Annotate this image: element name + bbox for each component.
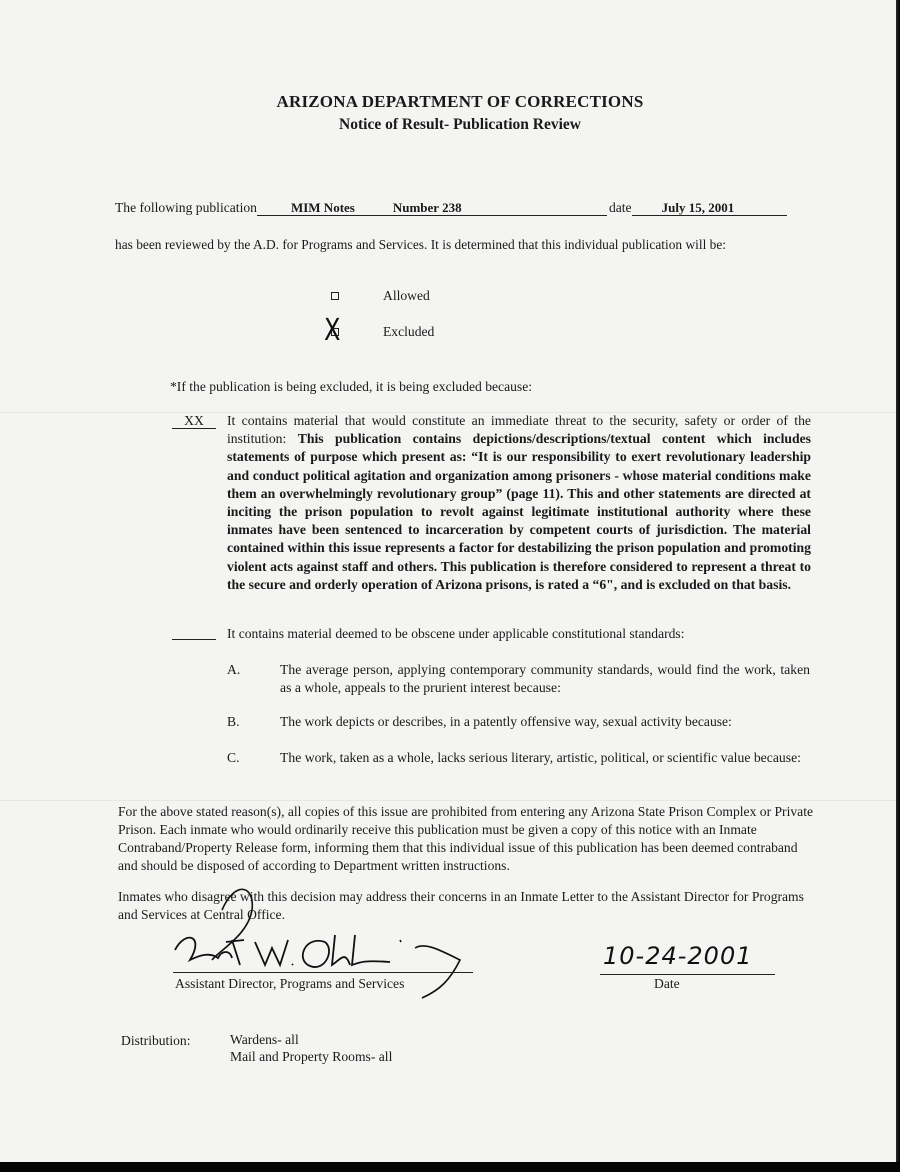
form-title: Notice of Result- Publication Review (0, 116, 900, 134)
review-statement: has been reviewed by the A.D. for Progra… (115, 236, 726, 254)
consequence-paragraph: For the above stated reason(s), all copi… (118, 803, 818, 875)
date-label: date (609, 200, 632, 215)
paper-fold (0, 800, 896, 801)
publication-field: MIM NotesNumber 238 (257, 199, 607, 216)
agency-title: ARIZONA DEPARTMENT OF CORRECTIONS (0, 92, 900, 112)
publication-name: MIM Notes (291, 200, 355, 215)
allowed-checkbox[interactable] (331, 292, 339, 300)
publication-label: The following publication (115, 200, 257, 215)
scan-edge (0, 1162, 900, 1172)
item-b-letter: B. (227, 713, 239, 731)
allowed-label: Allowed (383, 287, 430, 305)
item-c-text: The work, taken as a whole, lacks seriou… (280, 749, 810, 767)
exclusion-intro: *If the publication is being excluded, i… (170, 378, 532, 396)
obscenity-mark-blank[interactable] (172, 625, 216, 645)
security-reason: It contains material that would constitu… (227, 412, 811, 594)
publication-line: The following publicationMIM NotesNumber… (115, 199, 787, 217)
publication-date-field: July 15, 2001 (632, 199, 787, 216)
date-caption: Date (654, 975, 680, 993)
distribution-recipient: Mail and Property Rooms- all (230, 1048, 392, 1066)
date-line (600, 974, 775, 975)
handwritten-date: 10-24-2001 (603, 942, 752, 970)
obscenity-reason-lead: It contains material deemed to be obscen… (227, 625, 685, 643)
item-b-text: The work depicts or describes, in a pate… (280, 713, 732, 731)
security-mark-blank[interactable]: XX (172, 412, 216, 430)
item-c-letter: C. (227, 749, 239, 767)
excluded-label: Excluded (383, 323, 434, 341)
x-check-mark-icon: X (324, 316, 340, 346)
distribution-recipient: Wardens- all (230, 1031, 299, 1049)
publication-number: Number 238 (393, 200, 462, 215)
security-mark: XX (172, 414, 216, 429)
security-reason-detail: This publication contains depictions/des… (227, 431, 811, 592)
distribution-label: Distribution: (121, 1032, 190, 1050)
obscenity-mark (172, 625, 216, 640)
item-a-text: The average person, applying contemporar… (280, 661, 810, 697)
signer-title: Assistant Director, Programs and Service… (175, 975, 404, 993)
document-page: ARIZONA DEPARTMENT OF CORRECTIONS Notice… (0, 0, 898, 1162)
signature-line (173, 972, 473, 973)
publication-date: July 15, 2001 (662, 200, 735, 215)
item-a-letter: A. (227, 661, 240, 679)
